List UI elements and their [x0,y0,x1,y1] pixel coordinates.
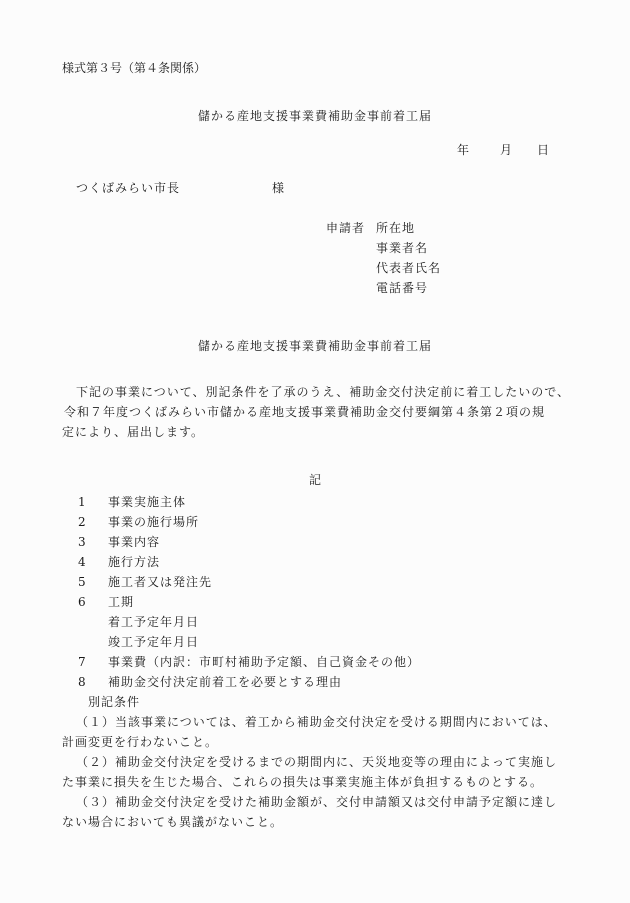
applicant-field-business-name: 事業者名 [376,238,428,258]
date-month: 月 [500,140,512,160]
form-number: 様式第３号（第４条関係） [62,58,206,78]
list-item: 3事業内容 [78,532,160,552]
body-title: 儲かる産地支援事業費補助金事前着工届 [0,336,630,356]
list-item: 4施行方法 [78,552,160,572]
intro-line-3: 定により、届出します。 [62,422,204,442]
list-item: 2事業の施行場所 [78,512,199,532]
applicant-field-address: 所在地 [376,218,415,238]
list-item: 1事業実施主体 [78,492,186,512]
list-item: 8補助金交付決定前着工を必要とする理由 [78,672,342,692]
list-item: 7事業費（内訳：市町村補助予定額、自己資金その他） [78,652,420,672]
header-title: 儲かる産地支援事業費補助金事前着工届 [0,106,630,126]
addressee-name: つくばみらい市長 [76,178,180,198]
condition-2-line-1: （２）補助金交付決定を受けるまでの期間内に、天災地変等の理由によって実施し [76,752,557,772]
intro-line-2: 令和７年度つくばみらい市儲かる産地支援事業費補助金交付要綱第４条第２項の規 [64,402,545,422]
condition-2-line-2: た事業に損失を生じた場合、これらの損失は事業実施主体が負担するものとする。 [62,772,543,792]
list-item: 竣工予定年月日 [78,632,199,652]
applicant-field-representative: 代表者氏名 [376,258,441,278]
condition-3-line-1: （３）補助金交付決定を受けた補助金額が、交付申請額又は交付申請予定額に達し [76,792,557,812]
addressee-honorific: 様 [272,178,284,198]
condition-1-line-1: （１）当該事業については、着工から補助金交付決定を受ける期間内においては、 [76,712,557,732]
list-item: 5施工者又は発注先 [78,572,212,592]
applicant-field-phone: 電話番号 [376,278,428,298]
date-day: 日 [537,140,549,160]
intro-line-1: 下記の事業について、別記条件を了承のうえ、補助金交付決定前に着工したいので、 [76,382,570,402]
conditions-heading: 別記条件 [88,692,140,712]
ki-heading: 記 [0,470,630,490]
list-item: 着工予定年月日 [78,612,199,632]
applicant-label: 申請者 [326,218,365,238]
condition-3-line-2: ない場合においても異議がないこと。 [62,812,283,832]
list-item: 6工期 [78,592,134,612]
condition-1-line-2: 計画変更を行わないこと。 [62,732,218,752]
date-year: 年 [457,140,469,160]
